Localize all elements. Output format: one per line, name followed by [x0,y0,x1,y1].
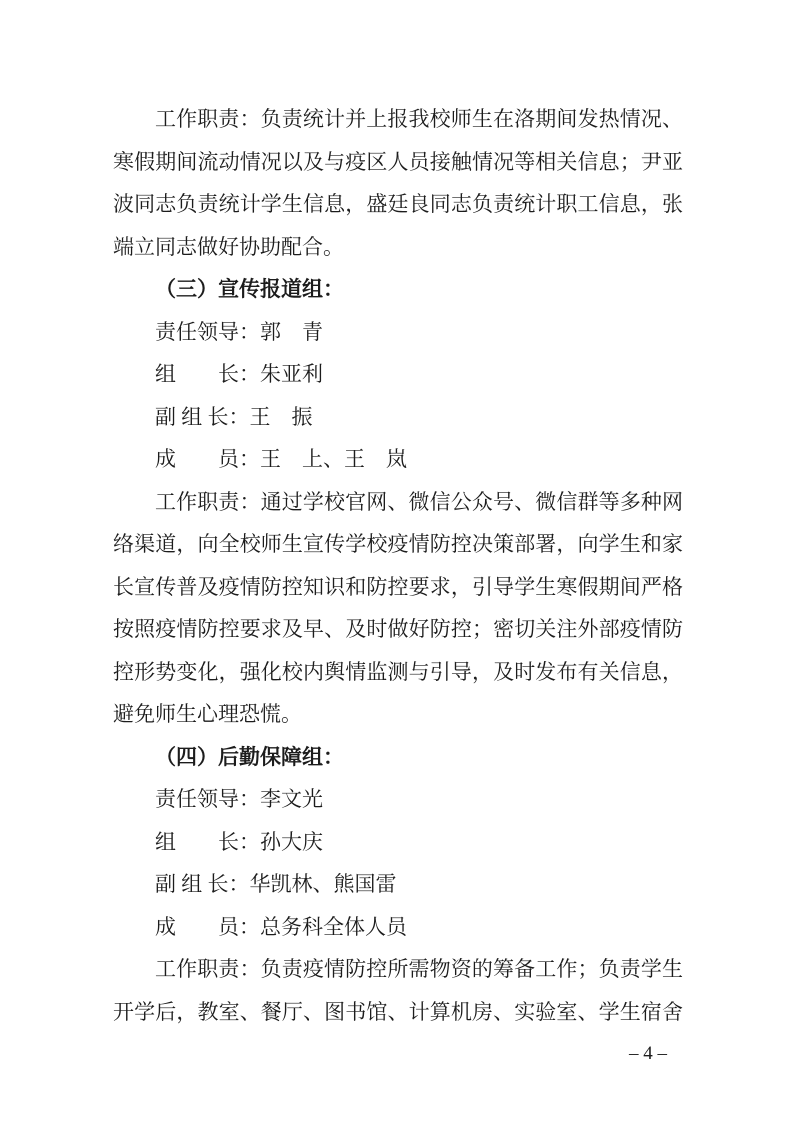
body-line: 开学后，教室、餐厅、图书馆、计算机房、实验室、学生宿舍 [113,991,683,1034]
document-page: 工作职责：负责统计并上报我校师生在洛期间发热情况、 寒假期间流动情况以及与疫区人… [0,0,793,1122]
label-deputy-leader: 副 组 长：华凯林、熊国雷 [113,863,683,906]
label-deputy-leader: 副 组 长：王 振 [113,396,683,439]
group-3-heading: （三）宣传报道组： [113,268,683,311]
section-logistics-support-group: （四）后勤保障组： 责任领导：李文光 组 长：孙大庆 副 组 长：华凯林、熊国雷… [113,736,683,1034]
label-responsible-leader: 责任领导：李文光 [113,778,683,821]
body-line: 长宣传普及疫情防控知识和防控要求，引导学生寒假期间严格 [113,566,683,609]
body-line: 波同志负责统计学生信息，盛廷良同志负责统计职工信息，张 [113,183,683,226]
body-line: 工作职责：通过学校官网、微信公众号、微信群等多种网 [113,481,683,524]
body-line: 寒假期间流动情况以及与疫区人员接触情况等相关信息；尹亚 [113,141,683,184]
section-publicity-report-group: （三）宣传报道组： 责任领导：郭 青 组 长：朱亚利 副 组 长：王 振 成 员… [113,268,683,736]
body-line: 控形势变化，强化校内舆情监测与引导，及时发布有关信息， [113,651,683,694]
label-group-leader: 组 长：孙大庆 [113,821,683,864]
body-line: 工作职责：负责疫情防控所需物资的筹备工作；负责学生 [113,948,683,991]
body-line: 避免师生心理恐慌。 [113,693,683,736]
paragraph-statistics-duties: 工作职责：负责统计并上报我校师生在洛期间发热情况、 寒假期间流动情况以及与疫区人… [113,98,683,268]
group-4-heading: （四）后勤保障组： [113,736,683,779]
body-line: 工作职责：负责统计并上报我校师生在洛期间发热情况、 [113,98,683,141]
label-members: 成 员：王 上、王 岚 [113,438,683,481]
body-line: 端立同志做好协助配合。 [113,226,683,269]
document-body: 工作职责：负责统计并上报我校师生在洛期间发热情况、 寒假期间流动情况以及与疫区人… [113,98,683,1033]
label-responsible-leader: 责任领导：郭 青 [113,311,683,354]
label-members: 成 员：总务科全体人员 [113,906,683,949]
body-line: 络渠道，向全校师生宣传学校疫情防控决策部署，向学生和家 [113,523,683,566]
body-line: 按照疫情防控要求及早、及时做好防控；密切关注外部疫情防 [113,608,683,651]
page-number: – 4 – [593,1040,703,1068]
label-group-leader: 组 长：朱亚利 [113,353,683,396]
